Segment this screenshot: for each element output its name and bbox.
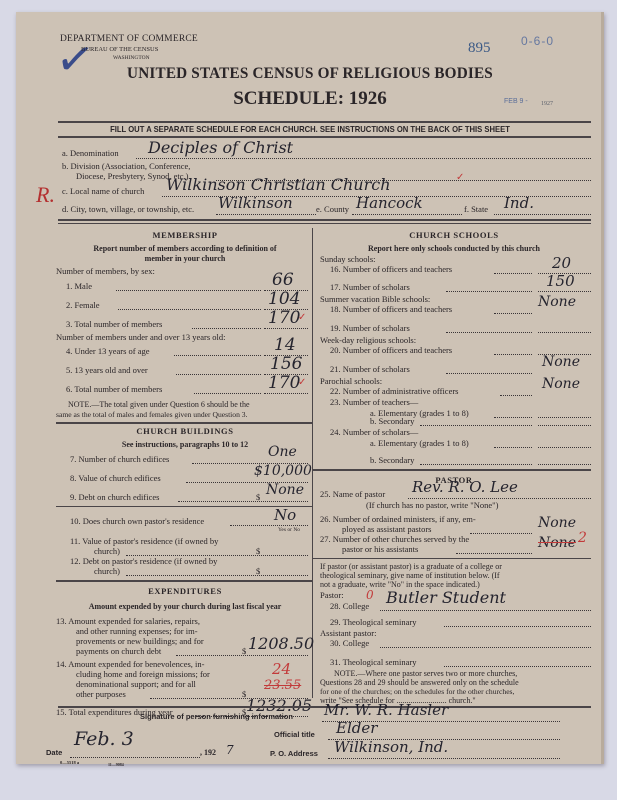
dotted-line bbox=[380, 610, 591, 611]
pastor-note-3: for one of the churches; on the schedule… bbox=[320, 687, 514, 696]
stamp-number: 895 bbox=[468, 40, 491, 57]
item23-label: 23. Number of teachers— bbox=[330, 397, 418, 407]
item27-label: 27. Number of other churches served by t… bbox=[320, 534, 469, 544]
total-members-2-field[interactable]: 170 bbox=[268, 373, 300, 393]
red-check-icon: ✓ bbox=[298, 377, 306, 388]
item28-field[interactable]: Butler Student bbox=[386, 588, 506, 607]
red-check-icon: ✓ bbox=[456, 172, 464, 183]
dotted-line bbox=[352, 214, 462, 215]
item24a-label: a. Elementary (grades 1 to 8) bbox=[370, 438, 469, 448]
city-label: WASHINGTON bbox=[113, 55, 150, 61]
stamp-code: 0-6-0 bbox=[521, 34, 554, 48]
expenditures-heading: EXPENDITURES bbox=[58, 586, 312, 596]
year-prefix: , 192 bbox=[200, 748, 216, 757]
item26-label: 26. Number of ordained ministers, if any… bbox=[320, 514, 476, 524]
item14-label-3: denominational support; and for all bbox=[76, 679, 196, 689]
church-buildings-heading: CHURCH BUILDINGS bbox=[58, 426, 312, 436]
residence-value-label: 11. Value of pastor's residence (if owne… bbox=[70, 536, 218, 546]
received-year-stamp: 1927 bbox=[541, 101, 553, 107]
owns-residence-field[interactable]: No bbox=[274, 506, 296, 524]
dotted-line bbox=[136, 158, 591, 159]
item13-label-2: and other running expenses; for im- bbox=[76, 626, 198, 636]
over-13-field[interactable]: 156 bbox=[270, 354, 302, 374]
item14-label-4: other purposes bbox=[76, 689, 126, 699]
pastor-sublabel: Pastor: bbox=[320, 590, 344, 600]
signature-label: Signature of person furnishing informati… bbox=[140, 712, 293, 721]
item23b-label: b. Secondary bbox=[370, 416, 414, 426]
item21-field[interactable]: None bbox=[542, 354, 580, 370]
item14-label: 14. Amount expended for benevolences, in… bbox=[56, 659, 204, 669]
city-field[interactable]: Wilkinson bbox=[218, 194, 293, 212]
dotted-line bbox=[174, 355, 261, 356]
dotted-line bbox=[494, 313, 532, 314]
received-date-stamp: FEB 9 - bbox=[504, 98, 528, 105]
dotted-line bbox=[264, 328, 308, 329]
yes-no-hint: Yes or No bbox=[278, 527, 300, 533]
expenditures-subheading: Amount expended by your church during la… bbox=[58, 602, 312, 611]
item13-label: 13. Amount expended for salaries, repair… bbox=[56, 616, 200, 626]
dotted-line bbox=[538, 447, 591, 448]
margin-annotation: R. bbox=[36, 182, 55, 208]
edifice-value-field[interactable]: $10,000 bbox=[254, 463, 312, 479]
date-field[interactable]: Feb. 3 bbox=[74, 728, 134, 750]
divider bbox=[56, 580, 312, 582]
dotted-line bbox=[538, 332, 591, 333]
graduate-note: If pastor (or assistant pastor) is a gra… bbox=[320, 562, 502, 571]
item24-label: 24. Number of scholars— bbox=[330, 427, 418, 437]
po-address-label: P. O. Address bbox=[270, 749, 318, 758]
church-schools-subheading: Report here only schools conducted by th… bbox=[316, 244, 592, 253]
dotted-line bbox=[70, 757, 200, 758]
dotted-line bbox=[118, 309, 261, 310]
divider bbox=[58, 136, 591, 138]
total-members-field[interactable]: 170 bbox=[268, 308, 300, 328]
dotted-line bbox=[446, 291, 532, 292]
dotted-line bbox=[176, 374, 261, 375]
dotted-line bbox=[538, 291, 591, 292]
dotted-line bbox=[444, 626, 591, 627]
signature-field[interactable]: Mr. W. R. Hasler bbox=[324, 701, 448, 719]
dotted-line bbox=[538, 464, 591, 465]
church-schools-heading: CHURCH SCHOOLS bbox=[316, 230, 592, 240]
dotted-line bbox=[216, 214, 316, 215]
item26-label-2: ployed as assistant pastors bbox=[342, 524, 431, 534]
membership-note-2: same as the total of males and females g… bbox=[56, 410, 247, 419]
edifice-value-label: 8. Value of church edifices bbox=[70, 473, 161, 483]
city-label: d. City, town, village, or township, etc… bbox=[62, 204, 194, 214]
item24b-label: b. Secondary bbox=[370, 455, 414, 465]
county-label: e. County bbox=[316, 204, 349, 214]
item25-hint: (If church has no pastor, write "None") bbox=[366, 500, 498, 510]
membership-subheading-2: member in your church bbox=[58, 254, 312, 263]
red-check-icon: ✓ bbox=[298, 312, 306, 323]
item17-label: 17. Number of scholars bbox=[330, 282, 410, 292]
sunday-schools-label: Sunday schools: bbox=[320, 254, 376, 264]
division-label: b. Division (Association, Conference, bbox=[62, 161, 190, 171]
item27-field[interactable]: None bbox=[538, 535, 576, 551]
dotted-line bbox=[116, 290, 261, 291]
dotted-line bbox=[176, 655, 308, 656]
po-address-field[interactable]: Wilkinson, Ind. bbox=[334, 738, 448, 756]
year-field[interactable]: 7 bbox=[226, 743, 234, 757]
item22-field[interactable]: None bbox=[542, 376, 580, 392]
dotted-line bbox=[538, 425, 591, 426]
graduate-note-2: theological seminary, give name of insti… bbox=[320, 571, 500, 580]
item16-field[interactable]: 20 bbox=[552, 254, 571, 272]
male-label: 1. Male bbox=[66, 281, 92, 291]
official-title-label: Official title bbox=[274, 730, 315, 739]
residence-debt-label-2: church) bbox=[94, 566, 120, 576]
divider bbox=[58, 219, 591, 221]
form-title: UNITED STATES CENSUS OF RELIGIOUS BODIES bbox=[31, 65, 590, 83]
item27-label-2: pastor or his assistants bbox=[342, 544, 418, 554]
under-13-field[interactable]: 14 bbox=[274, 335, 296, 355]
weekday-schools-label: Week-day religious schools: bbox=[320, 335, 416, 345]
pastor-note-2: Questions 28 and 29 should be answered o… bbox=[320, 678, 519, 687]
item20-label: 20. Number of officers and teachers bbox=[330, 345, 452, 355]
dotted-line bbox=[494, 354, 532, 355]
parochial-schools-label: Parochial schools: bbox=[320, 376, 382, 386]
dotted-line bbox=[126, 575, 308, 576]
edifice-debt-label: 9. Debt on church edifices bbox=[70, 492, 159, 502]
dotted-line bbox=[494, 417, 532, 418]
dotted-line bbox=[178, 501, 308, 502]
item13-label-4: payments on church debt bbox=[76, 646, 161, 656]
male-field[interactable]: 66 bbox=[272, 270, 294, 290]
dotted-line bbox=[328, 758, 560, 759]
dotted-line bbox=[446, 332, 532, 333]
pastor-name-field[interactable]: Rev. R. O. Lee bbox=[412, 478, 518, 496]
dotted-line bbox=[194, 393, 261, 394]
item28-mark: 0 bbox=[366, 588, 374, 602]
denomination-field[interactable]: Deciples of Christ bbox=[148, 138, 293, 157]
item17-field[interactable]: 150 bbox=[546, 272, 575, 290]
divider bbox=[56, 422, 312, 424]
residence-value-label-2: church) bbox=[94, 546, 120, 556]
state-label: f. State bbox=[464, 204, 488, 214]
dotted-line bbox=[470, 533, 532, 534]
membership-subheading: Report number of members according to de… bbox=[58, 244, 312, 253]
dotted-line bbox=[494, 447, 532, 448]
divider bbox=[312, 469, 591, 471]
item21-label: 21. Number of scholars bbox=[330, 364, 410, 374]
dotted-line bbox=[420, 425, 532, 426]
item19-label: 19. Number of scholars bbox=[330, 323, 410, 333]
item29-label: 29. Theological seminary bbox=[330, 617, 416, 627]
local-name-label: c. Local name of church bbox=[62, 186, 144, 196]
item18-label: 18. Number of officers and teachers bbox=[330, 304, 452, 314]
female-field[interactable]: 104 bbox=[268, 289, 300, 309]
local-name-field[interactable]: Wilkinson Christian Church bbox=[166, 175, 391, 194]
dotted-line bbox=[444, 666, 591, 667]
dotted-line bbox=[420, 464, 532, 465]
item14-label-2: cluding home and foreign missions; for bbox=[76, 669, 210, 679]
dotted-line bbox=[456, 553, 532, 554]
department-label: DEPARTMENT OF COMMERCE bbox=[60, 34, 198, 44]
dotted-line bbox=[500, 395, 532, 396]
item16-label: 16. Number of officers and teachers bbox=[330, 264, 452, 274]
female-label: 2. Female bbox=[66, 300, 100, 310]
form-code: 0—5518 a bbox=[60, 760, 79, 765]
total-members-label: 3. Total number of members bbox=[66, 319, 162, 329]
divider bbox=[58, 223, 591, 224]
under-13-label: 4. Under 13 years of age bbox=[66, 346, 150, 356]
item14-correction[interactable]: 24 bbox=[272, 660, 291, 678]
dotted-line bbox=[446, 373, 532, 374]
dotted-line bbox=[494, 273, 532, 274]
item14-field[interactable]: 23.55 bbox=[264, 678, 301, 693]
dotted-line bbox=[192, 328, 261, 329]
item27-correction: 2 bbox=[578, 530, 587, 546]
owns-residence-label: 10. Does church own pastor's residence bbox=[70, 516, 204, 526]
membership-heading: MEMBERSHIP bbox=[58, 230, 312, 240]
by-age-label: Number of members under and over 13 year… bbox=[56, 332, 225, 342]
dotted-line bbox=[380, 647, 591, 648]
dotted-line bbox=[494, 214, 591, 215]
item13-field[interactable]: 1208.50 bbox=[248, 634, 314, 653]
over-13-label: 5. 13 years old and over bbox=[66, 365, 148, 375]
official-title-field[interactable]: Elder bbox=[336, 719, 377, 737]
bureau-label: BUREAU OF THE CENSUS bbox=[81, 46, 158, 53]
census-schedule-form: ✓ DEPARTMENT OF COMMERCE BUREAU OF THE C… bbox=[16, 12, 604, 764]
column-divider bbox=[312, 228, 313, 698]
dotted-line bbox=[408, 498, 591, 499]
residence-debt-label: 12. Debt on pastor's residence (if owned… bbox=[70, 556, 217, 566]
item31-label: 31. Theological seminary bbox=[330, 657, 416, 667]
date-label: Date bbox=[46, 748, 62, 757]
denomination-label: a. Denomination bbox=[62, 148, 119, 158]
edifices-label: 7. Number of church edifices bbox=[70, 454, 169, 464]
item22-label: 22. Number of administrative officers bbox=[330, 386, 459, 396]
dotted-line bbox=[230, 525, 308, 526]
item18-field[interactable]: None bbox=[538, 294, 576, 310]
item28-label: 28. College bbox=[330, 601, 369, 611]
state-field[interactable]: Ind. bbox=[504, 194, 534, 212]
instruction-banner: FILL OUT A SEPARATE SCHEDULE FOR EACH CH… bbox=[45, 124, 574, 134]
assistant-pastor-label: Assistant pastor: bbox=[320, 628, 376, 638]
membership-note: NOTE.—The total given under Question 6 s… bbox=[68, 400, 250, 409]
divider bbox=[58, 121, 591, 123]
county-field[interactable]: Hancock bbox=[356, 194, 423, 212]
item25-label: 25. Name of pastor bbox=[320, 489, 385, 499]
item30-label: 30. College bbox=[330, 638, 369, 648]
print-code: 11—9084 bbox=[108, 762, 124, 767]
edifice-debt-field[interactable]: None bbox=[266, 482, 304, 498]
item13-label-3: provements or new buildings; and for bbox=[76, 636, 204, 646]
summer-schools-label: Summer vacation Bible schools: bbox=[320, 294, 430, 304]
total-members-2-label: 6. Total number of members bbox=[66, 384, 162, 394]
by-sex-label: Number of members, by sex: bbox=[56, 266, 155, 276]
pastor-note: NOTE.—Where one pastor serves two or mor… bbox=[334, 669, 517, 678]
dotted-line bbox=[264, 393, 308, 394]
edifices-field[interactable]: One bbox=[268, 444, 297, 460]
divider bbox=[312, 558, 591, 559]
item26-field[interactable]: None bbox=[538, 515, 576, 531]
dotted-line bbox=[538, 417, 591, 418]
